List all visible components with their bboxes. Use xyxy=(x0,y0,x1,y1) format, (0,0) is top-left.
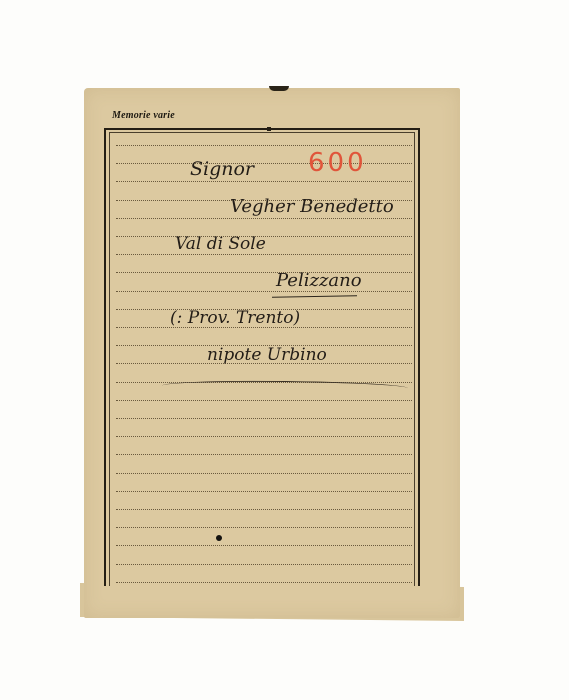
handwritten-province: (: Prov. Trento) xyxy=(170,308,300,328)
handwritten-town: Pelizzano xyxy=(276,270,362,291)
ruled-line xyxy=(116,527,412,528)
ruled-line xyxy=(116,545,412,546)
ruled-line xyxy=(116,291,412,292)
handwritten-valley: Val di Sole xyxy=(175,234,266,254)
paper-top-notch xyxy=(269,86,289,91)
handwritten-name: Vegher Benedetto xyxy=(230,196,394,217)
ruled-line xyxy=(116,400,412,401)
frame-top-mark xyxy=(267,127,271,131)
ruled-line xyxy=(116,509,412,510)
ruled-line xyxy=(116,436,412,437)
red-amount-note: 600 xyxy=(308,148,367,178)
ruled-line xyxy=(116,181,412,182)
ruled-line xyxy=(116,272,412,273)
ruled-line xyxy=(116,254,412,255)
handwritten-salutation: Signor xyxy=(190,158,254,180)
ruled-line xyxy=(116,491,412,492)
ruled-line xyxy=(116,564,412,565)
handwritten-relation: nipote Urbino xyxy=(207,345,327,365)
ruled-line xyxy=(116,473,412,474)
ruled-line xyxy=(116,218,412,219)
ruled-line xyxy=(116,454,412,455)
punch-hole xyxy=(216,535,222,541)
ruled-line xyxy=(116,582,412,583)
ruled-line xyxy=(116,418,412,419)
ruled-line xyxy=(116,163,412,164)
header-label: Memorie varie xyxy=(112,110,175,121)
ruled-line xyxy=(116,145,412,146)
